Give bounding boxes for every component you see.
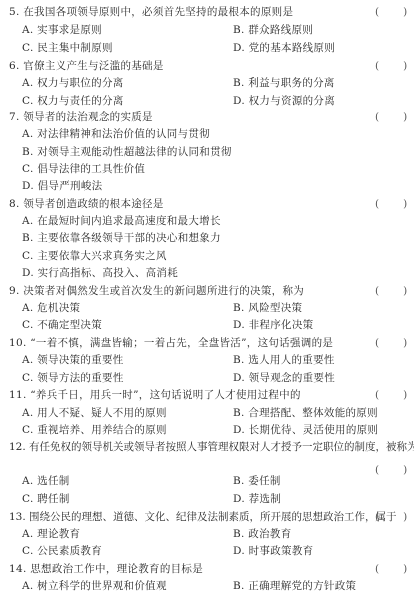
bracket-left: ( — [375, 284, 379, 298]
question-8-stem: 8. 领导者创造政绩的根本途径是 — [9, 197, 164, 211]
question-7-stem: 7. 领导者的法治观念的实质是 — [9, 110, 153, 124]
answer-blank-14[interactable]: () — [375, 562, 407, 576]
bracket-right: ) — [403, 388, 407, 402]
question-13-option-a: A. 理论教育 — [22, 527, 80, 541]
question-9-option-b: B. 风险型决策 — [233, 301, 302, 315]
answer-blank-5[interactable]: () — [375, 5, 407, 19]
question-10-option-a: A. 领导决策的重要性 — [22, 353, 124, 367]
question-5-option-a: A. 实事求是原则 — [22, 23, 102, 37]
question-7-option-a: A. 对法律精神和法治价值的认同与贯彻 — [22, 127, 210, 141]
question-11-stem: 11. “养兵千日，用兵一时”，这句话说明了人才使用过程中的 — [9, 388, 301, 402]
question-6-option-b: B. 利益与职务的分离 — [233, 76, 335, 90]
bracket-right: ) — [403, 463, 407, 477]
question-12-option-d: D. 荐选制 — [233, 492, 281, 506]
question-13-option-b: B. 政治教育 — [233, 527, 292, 541]
question-8-option-d: D. 实行高指标、高投入、高消耗 — [22, 266, 178, 280]
bracket-right: ) — [403, 510, 407, 524]
answer-blank-11[interactable]: () — [375, 388, 407, 402]
question-6-stem: 6. 官僚主义产生与泛滥的基础是 — [9, 59, 164, 73]
question-5-option-d: D. 党的基本路线原则 — [233, 41, 335, 55]
bracket-right: ) — [403, 284, 407, 298]
question-11-option-a: A. 用人不疑、疑人不用的原则 — [22, 406, 167, 420]
answer-blank-9[interactable]: () — [375, 284, 407, 298]
question-7-option-d: D. 倡导严刑峻法 — [22, 179, 102, 193]
bracket-right: ) — [403, 197, 407, 211]
question-9-option-d: D. 非程序化决策 — [233, 318, 313, 332]
answer-blank-10[interactable]: () — [375, 336, 407, 350]
bracket-left: ( — [375, 510, 379, 524]
question-5-stem: 5. 在我国各项领导原则中，必须首先坚持的最根本的原则是 — [9, 5, 293, 19]
question-6-option-d: D. 权力与资源的分离 — [233, 94, 335, 108]
question-13-option-d: D. 时事政策教育 — [233, 544, 313, 558]
question-10-option-d: D. 领导观念的重要性 — [233, 371, 335, 385]
bracket-right: ) — [403, 5, 407, 19]
question-9-option-a: A. 危机决策 — [22, 301, 80, 315]
question-10-stem: 10. “一着不慎，满盘皆输；一着占先，全盘皆活”，这句话强调的是 — [9, 336, 333, 350]
bracket-right: ) — [403, 336, 407, 350]
question-6-option-c: C. 权力与责任的分离 — [22, 94, 124, 108]
question-12-option-c: C. 聘任制 — [22, 492, 70, 506]
question-5-option-b: B. 群众路线原则 — [233, 23, 313, 37]
bracket-right: ) — [403, 110, 407, 124]
bracket-left: ( — [375, 59, 379, 73]
question-9-option-c: C. 不确定型决策 — [22, 318, 102, 332]
question-8-option-c: C. 主要依靠大兴求真务实之风 — [22, 249, 167, 263]
bracket-right: ) — [403, 562, 407, 576]
question-14-stem: 14. 思想政治工作中，理论教育的目标是 — [9, 562, 203, 576]
question-13-stem: 13. 围绕公民的理想、道德、文化、纪律及法制素质，所开展的思想政治工作，属于 — [9, 510, 397, 524]
question-9-stem: 9. 决策者对偶然发生或首次发生的新问题所进行的决策，称为 — [9, 284, 304, 298]
question-11-option-b: B. 合理搭配、整体效能的原则 — [233, 406, 378, 420]
question-7-option-b: B. 对领导主观能动性超越法律的认同和贯彻 — [22, 145, 232, 159]
question-14-option-a: A. 树立科学的世界观和价值观 — [22, 579, 167, 593]
answer-blank-13[interactable]: () — [375, 510, 407, 524]
answer-blank-7[interactable]: () — [375, 110, 407, 124]
question-7-option-c: C. 倡导法律的工具性价值 — [22, 162, 145, 176]
question-5-option-c: C. 民主集中制原则 — [22, 41, 113, 55]
bracket-left: ( — [375, 197, 379, 211]
bracket-left: ( — [375, 463, 379, 477]
question-6-option-a: A. 权力与职位的分离 — [22, 76, 124, 90]
bracket-left: ( — [375, 110, 379, 124]
question-13-option-c: C. 公民素质教育 — [22, 544, 102, 558]
question-11-option-c: C. 重视培养、用养结合的原则 — [22, 423, 167, 437]
bracket-left: ( — [375, 5, 379, 19]
question-8-option-b: B. 主要依靠各级领导干部的决心和想象力 — [22, 231, 221, 245]
question-10-option-b: B. 选人用人的重要性 — [233, 353, 335, 367]
question-14-option-b: B. 正确理解党的方针政策 — [233, 579, 356, 593]
question-8-option-a: A. 在最短时间内追求最高速度和最大增长 — [22, 214, 221, 228]
bracket-left: ( — [375, 336, 379, 350]
question-12-option-b: B. 委任制 — [233, 474, 281, 488]
answer-blank-12[interactable]: () — [375, 463, 407, 477]
question-11-option-d: D. 长期优待、灵活使用的原则 — [233, 423, 378, 437]
question-12-option-a: A. 选任制 — [22, 474, 70, 488]
bracket-right: ) — [403, 59, 407, 73]
bracket-left: ( — [375, 388, 379, 402]
bracket-left: ( — [375, 562, 379, 576]
answer-blank-6[interactable]: () — [375, 59, 407, 73]
question-12-stem: 12. 有任免权的领导机关或领导者按照人事管理权限对人才授予一定职位的制度，被称… — [9, 440, 414, 454]
question-10-option-c: C. 领导方法的重要性 — [22, 371, 124, 385]
answer-blank-8[interactable]: () — [375, 197, 407, 211]
